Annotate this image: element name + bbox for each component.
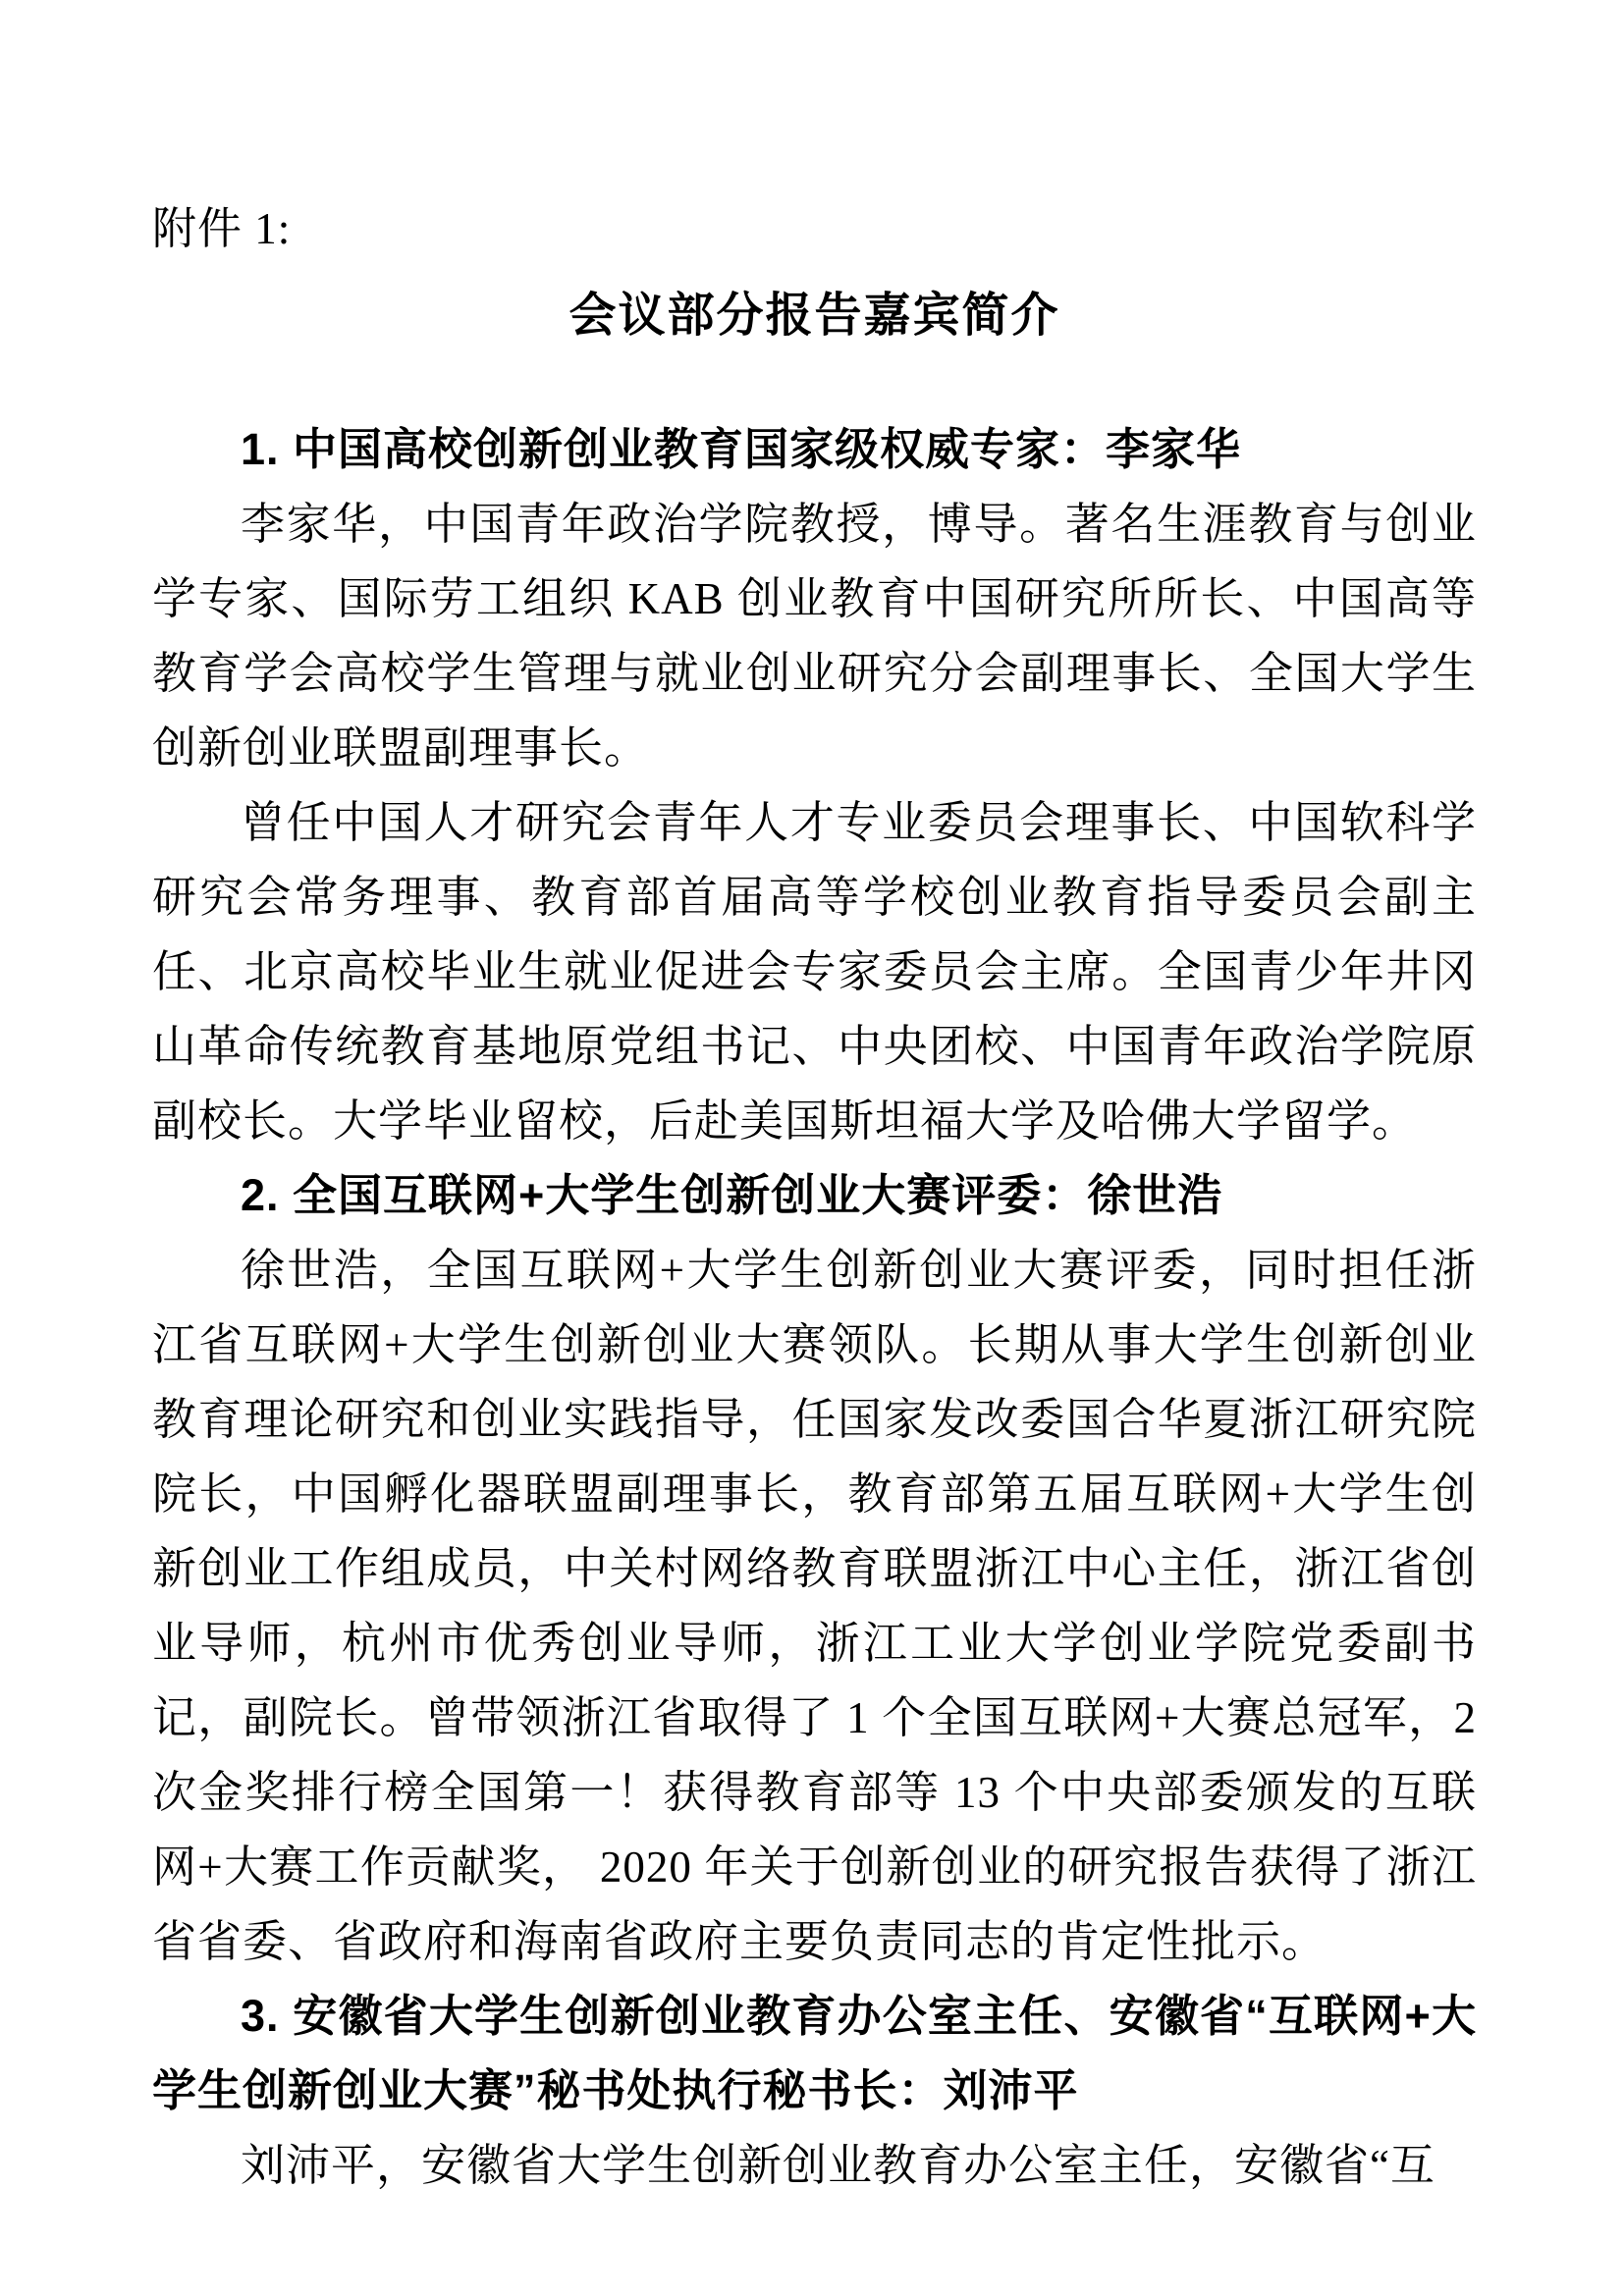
section-2-heading: 2. 全国互联网+大学生创新创业大赛评委：徐世浩 — [152, 1158, 1477, 1233]
section-1-heading: 1. 中国高校创新创业教育国家级权威专家：李家华 — [152, 412, 1477, 487]
document-page: 附件 1: 会议部分报告嘉宾简介 1. 中国高校创新创业教育国家级权威专家：李家… — [0, 0, 1624, 2296]
attachment-label: 附件 1: — [152, 194, 1477, 263]
section-3-heading: 3. 安徽省大学生创新创业教育办公室主任、安徽省“互联网+大学生创新创业大赛”秘… — [152, 1979, 1477, 2128]
section-1-paragraph-1: 李家华，中国青年政治学院教授，博导。著名生涯教育与创业学专家、国际劳工组织 KA… — [152, 487, 1477, 785]
section-2-paragraph-1: 徐世浩，全国互联网+大学生创新创业大赛评委，同时担任浙江省互联网+大学生创新创业… — [152, 1233, 1477, 1979]
section-3-paragraph-1: 刘沛平，安徽省大学生创新创业教育办公室主任，安徽省“互 — [152, 2128, 1477, 2203]
section-1-paragraph-2: 曾任中国人才研究会青年人才专业委员会理事长、中国软科学研究会常务理事、教育部首届… — [152, 785, 1477, 1158]
document-title: 会议部分报告嘉宾简介 — [152, 281, 1477, 351]
